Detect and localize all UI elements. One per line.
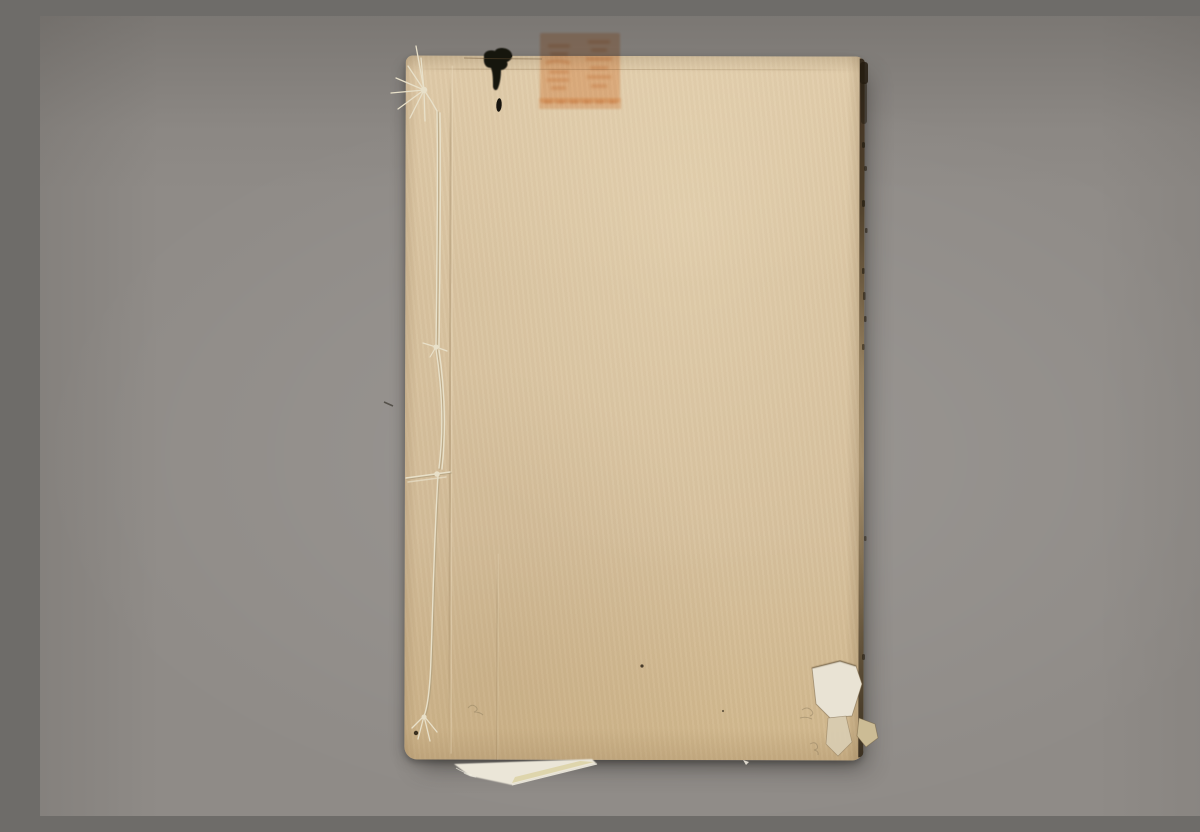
- spine-fold-crease: [448, 66, 451, 754]
- lower-vertical-crease: [496, 554, 497, 760]
- book-back-cover: [404, 56, 864, 761]
- cover-top-fold-crease: [413, 69, 856, 71]
- photo-scene: [40, 16, 1200, 816]
